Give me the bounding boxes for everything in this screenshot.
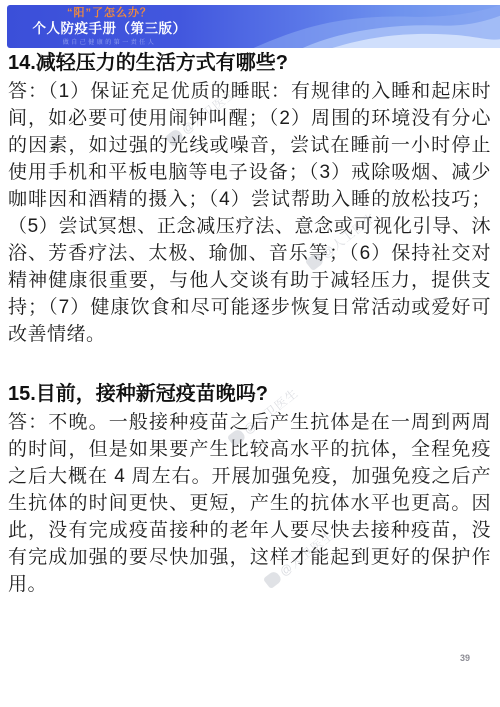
question-15-section: 15.目前，接种新冠疫苗晚吗? 答：不晚。一般接种疫苗之后产生抗体是在一周到两周…	[8, 381, 491, 598]
question-15-answer: 答：不晚。一般接种疫苗之后产生抗体是在一周到两周的时间，但是如果要产生比较高水平…	[8, 409, 491, 598]
header-subtitle-top: “阳”了怎么办？	[17, 8, 202, 19]
document-body: 14.减轻压力的生活方式有哪些? 答：（1）保证充足优质的睡眠：有规律的入睡和起…	[8, 50, 491, 598]
header-title-block: “阳”了怎么办？ 个人防疫手册（第三版） 做自己健康的第一责任人	[17, 8, 202, 46]
header-banner: “阳”了怎么办？ 个人防疫手册（第三版） 做自己健康的第一责任人	[7, 5, 500, 48]
header-tagline: 做自己健康的第一责任人	[17, 40, 202, 46]
question-15-heading: 15.目前，接种新冠疫苗晚吗?	[8, 381, 491, 408]
page-number: 39	[460, 653, 470, 663]
question-14-answer: 答：（1）保证充足优质的睡眠：有规律的入睡和起床时间，如必要可使用闹钟叫醒；（2…	[8, 78, 491, 348]
question-14-heading: 14.减轻压力的生活方式有哪些?	[8, 50, 491, 77]
header-title: 个人防疫手册（第三版）	[17, 22, 202, 36]
question-14-section: 14.减轻压力的生活方式有哪些? 答：（1）保证充足优质的睡眠：有规律的入睡和起…	[8, 50, 491, 348]
